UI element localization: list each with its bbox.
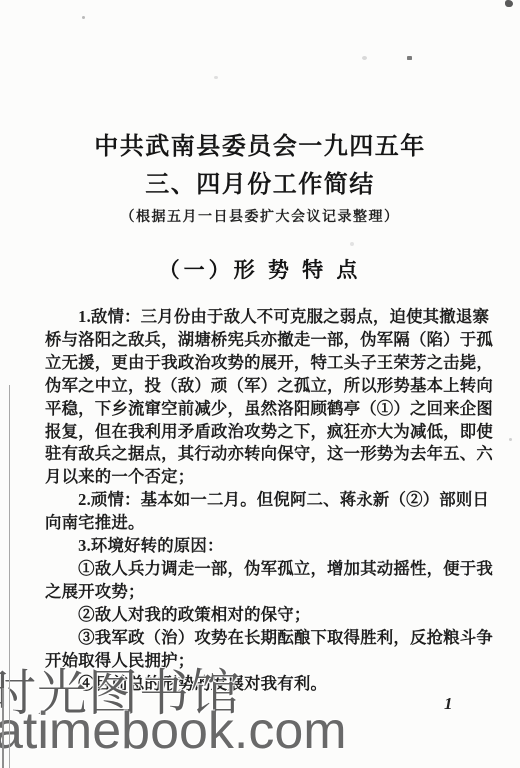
section-heading: （一）形 势 特 点: [0, 254, 520, 284]
document-subtitle: （根据五月一日县委扩大会议记录整理）: [0, 206, 520, 226]
scan-edge-line: [2, 688, 4, 768]
body-line: 2.顽情：基本如一二月。但倪阿二、蒋永新（②）部则日: [45, 489, 485, 512]
body-line: ②敌人对我的政策相对的保守；: [45, 604, 485, 627]
body-line: 驻有敌兵之据点，其行动亦转向保守，这一形势为去年五、六: [45, 443, 485, 466]
watermark-site-url: atimebook.com: [0, 701, 347, 761]
body-line: 伪军之中立，投（敌）顽（军）之孤立，所以形势基本上转向: [45, 375, 485, 398]
body-line: 1.敌情：三月份由于敌人不可克服之弱点，迫使其撤退寨: [45, 306, 485, 329]
scan-speck: [214, 76, 218, 79]
document-title-line1: 中共武南县委员会一九四五年: [0, 126, 520, 161]
scan-speck: [509, 438, 512, 441]
scan-speck: [362, 56, 367, 60]
document-body-text: 1.敌情：三月份由于敌人不可克服之弱点，迫使其撤退寨 桥与洛阳之敌兵，湖塘桥宪兵…: [45, 306, 485, 695]
scan-edge-line: [9, 385, 10, 768]
scan-speck: [82, 16, 85, 19]
body-line: 月以来的一个否定；: [45, 466, 485, 489]
scan-speck: [407, 56, 412, 60]
body-line: 桥与洛阳之敌兵，湖塘桥宪兵亦撤走一部，伪军隔（陷）于孤: [45, 329, 485, 352]
body-line: 报复，但在我利用矛盾政治攻势之下，疯狂亦大为减低，即使: [45, 421, 485, 444]
body-line: 之展开攻势；: [45, 581, 485, 604]
body-line: 平稳，下乡流窜空前减少，虽然洛阳顾鹤亭（①）之回来企图: [45, 398, 485, 421]
scanned-document-page: 中共武南县委员会一九四五年 三、四月份工作简结 （根据五月一日县委扩大会议记录整…: [0, 0, 520, 768]
scan-speck: [505, 0, 513, 7]
page-number: 1: [444, 694, 453, 714]
body-line: 向南宅推进。: [45, 512, 485, 535]
body-line: 3.环境好转的原因：: [45, 535, 485, 558]
document-title-line2: 三、四月份工作简结: [0, 164, 520, 199]
body-line: ③我军政（治）攻势在长期酝酿下取得胜利，反抢粮斗争: [45, 627, 485, 650]
scan-speck: [350, 242, 354, 246]
body-line: ①敌人兵力调走一部，伪军孤立，增加其动摇性，便于我: [45, 558, 485, 581]
body-line: 立无援，更由于我政治攻势的展开，特工头子王荣芳之击毙，: [45, 352, 485, 375]
